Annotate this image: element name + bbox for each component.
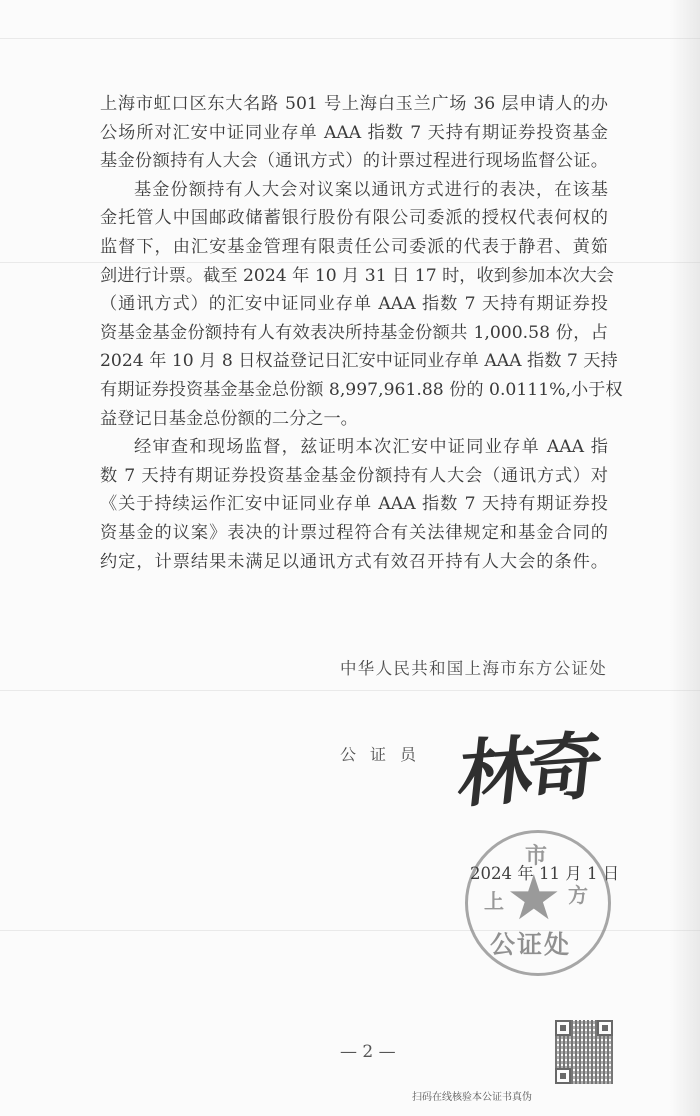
text-line: 2024 年 10 月 8 日权益登记日汇安中证同业存单 AAA 指数 7 天持 bbox=[100, 347, 608, 376]
text-line: 基金份额持有人大会对议案以通讯方式进行的表决，在该基 bbox=[100, 176, 608, 205]
text-line: 资基金的议案》表决的计票过程符合有关法律规定和基金合同的 bbox=[100, 519, 608, 548]
issuing-office: 中华人民共和国上海市东方公证处 bbox=[340, 655, 607, 679]
scan-artifact bbox=[0, 38, 700, 39]
text-line: 约定，计票结果未满足以通讯方式有效召开持有人大会的条件。 bbox=[100, 548, 608, 577]
text-line: （通讯方式）的汇安中证同业存单 AAA 指数 7 天持有期证券投 bbox=[100, 290, 608, 319]
page-edge-shadow bbox=[670, 0, 700, 1116]
text-line: 金托管人中国邮政储蓄银行股份有限公司委派的授权代表何权的 bbox=[100, 204, 608, 233]
text-line: 基金份额持有人大会（通讯方式）的计票过程进行现场监督公证。 bbox=[100, 147, 608, 176]
qr-finder bbox=[555, 1020, 571, 1036]
qr-finder bbox=[555, 1068, 571, 1084]
handwritten-signature: 林奇 bbox=[454, 707, 603, 822]
text-line: 剑进行计票。截至 2024 年 10 月 31 日 17 时，收到参加本次大会 bbox=[100, 262, 608, 291]
text-line: 益登记日基金总份额的二分之一。 bbox=[100, 405, 608, 434]
text-line: 监督下，由汇安基金管理有限责任公司委派的代表于静君、黄筎 bbox=[100, 233, 608, 262]
document-date: 2024 年 11 月 1 日 bbox=[470, 860, 619, 884]
notary-label: 公证员 bbox=[340, 742, 430, 765]
document-body: 上海市虹口区东大名路 501 号上海白玉兰广场 36 层申请人的办 公场所对汇安… bbox=[100, 90, 608, 576]
text-line: 上海市虹口区东大名路 501 号上海白玉兰广场 36 层申请人的办 bbox=[100, 90, 608, 119]
text-line: 资基金基金份额持有人有效表决所持基金份额共 1,000.58 份，占 bbox=[100, 319, 608, 348]
seal-text-left: 上 bbox=[484, 885, 504, 914]
official-seal: 市 上 方 ★ 公证处 bbox=[465, 830, 611, 976]
scan-artifact bbox=[0, 690, 700, 691]
text-line: 数 7 天持有期证券投资基金基金份额持有人大会（通讯方式）对 bbox=[100, 462, 608, 491]
qr-verify-caption: 扫码在线核验本公证书真伪 bbox=[412, 1088, 532, 1103]
text-line: 《关于持续运作汇安中证同业存单 AAA 指数 7 天持有期证券投 bbox=[100, 490, 608, 519]
text-line: 公场所对汇安中证同业存单 AAA 指数 7 天持有期证券投资基金 bbox=[100, 119, 608, 148]
seal-text-bottom: 公证处 bbox=[490, 925, 571, 961]
qr-finder bbox=[597, 1020, 613, 1036]
text-line: 经审查和现场监督，兹证明本次汇安中证同业存单 AAA 指 bbox=[100, 433, 608, 462]
qr-code-icon[interactable] bbox=[555, 1020, 613, 1084]
text-line: 有期证券投资基金基金总份额 8,997,961.88 份的 0.0111%,小于… bbox=[100, 376, 608, 405]
page-number: — 2 — bbox=[340, 1042, 396, 1062]
